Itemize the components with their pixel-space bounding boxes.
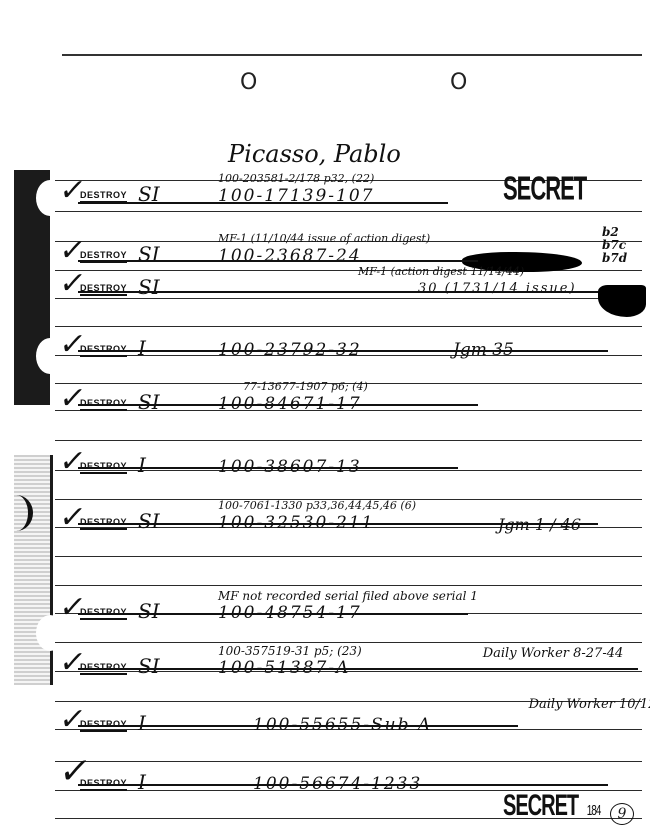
- index-entry: ✓ DESTROY SI 77-13677-1907 p6; (4) 100-8…: [58, 384, 642, 424]
- entry-annotation: 77-13677-1907 p6; (4): [243, 380, 368, 393]
- secret-stamp-bottom: SECRET 184: [503, 789, 600, 824]
- classification-mark: I: [138, 336, 146, 360]
- index-entry: ✓ DESTROY I 100-23792-32 Jgm 35: [58, 330, 642, 370]
- destroy-label: DESTROY: [80, 283, 127, 296]
- entry-annotation: 100-357519-31 p5; (23): [218, 644, 362, 658]
- index-entry: ✓ DESTROY SI 100-357519-31 p5; (23) 100-…: [58, 648, 642, 688]
- classification-mark: SI: [138, 654, 160, 678]
- entry-annotation: MF not recorded serial filed above seria…: [218, 589, 478, 603]
- entry-annotation: MF-1 (11/10/44 issue of action digest): [218, 232, 430, 245]
- classification-mark: SI: [138, 390, 160, 414]
- subject-name: Picasso, Pablo: [228, 140, 401, 168]
- binder-strip: [14, 170, 50, 405]
- index-entry: ✓ DESTROY I 100-55655-Sub A Daily Worker…: [58, 705, 642, 745]
- index-entry: ✓ DESTROY SI 100-7061-1330 p33,36,44,45,…: [58, 503, 642, 543]
- classification-mark: SI: [138, 275, 160, 299]
- classification-mark: SI: [138, 599, 160, 623]
- punch-hole-icon: O: [240, 70, 257, 95]
- file-number: 30 (1731/14 issue): [418, 281, 577, 296]
- side-note: Daily Worker 8-27-44: [478, 646, 628, 662]
- classification-mark: I: [138, 453, 146, 477]
- classification-mark: SI: [138, 242, 160, 266]
- classification-mark: I: [138, 711, 146, 735]
- punch-hole-icon: O: [450, 70, 467, 95]
- top-rule: [62, 54, 642, 56]
- entry-annotation: MF-1 (action digest 11/14/44): [358, 265, 524, 278]
- page-number: 9: [610, 803, 634, 825]
- document-page: O O Picasso, Pablo SECRET b2 b7c b7d: [0, 0, 650, 839]
- binder-strip-lower: [14, 455, 53, 685]
- index-entry: ✓ DESTROY I 100-38607-13: [58, 447, 642, 487]
- side-note: Jgm 1 / 46: [498, 515, 581, 534]
- entry-annotation: 100-203581-2/178 p32, (22): [218, 172, 374, 185]
- index-entry: ✓ DESTROY SI MF-1 (action digest 11/14/4…: [58, 269, 642, 309]
- classification-mark: I: [138, 770, 146, 794]
- classification-mark: SI: [138, 509, 160, 533]
- file-number: 100-23687-24: [218, 246, 362, 266]
- index-entry: ✓ DESTROY SI 100-203581-2/178 p32, (22) …: [58, 176, 642, 216]
- index-entry: ✓ DESTROY SI MF not recorded serial file…: [58, 593, 642, 633]
- side-note: Daily Worker 10/12/44: [528, 697, 650, 713]
- entry-annotation: 100-7061-1330 p33,36,44,45,46 (6): [218, 499, 416, 512]
